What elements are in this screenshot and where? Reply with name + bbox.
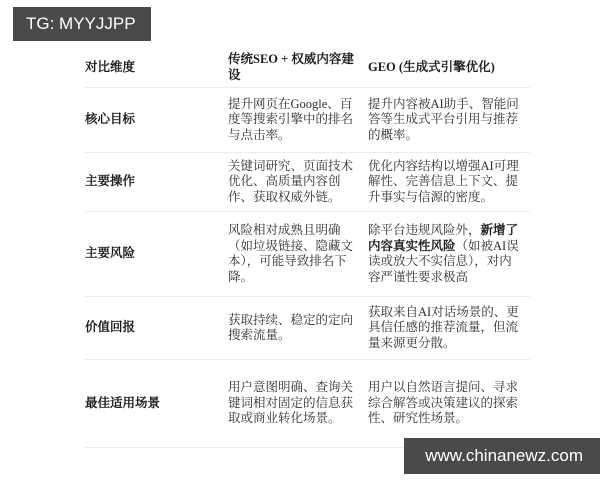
dimension-label: 主要操作: [85, 170, 228, 194]
table-row: 核心目标 提升网页在Google、百度等搜索引擎中的排名与点击率。 提升内容被A…: [85, 88, 530, 153]
table-row: 主要操作 关键词研究、页面技术优化、高质量内容创作、获取权威外链。 优化内容结构…: [85, 153, 530, 212]
seo-cell: 用户意图明确、查询关键词相对固定的信息获取或商业转化场景。: [228, 376, 368, 431]
seo-cell: 风险相对成熟且明确（如垃圾链接、隐藏文本），可能导致排名下降。: [228, 219, 368, 289]
website-watermark-badge: www.chinanewz.com: [404, 438, 600, 474]
table-row: 主要风险 风险相对成熟且明确（如垃圾链接、隐藏文本），可能导致排名下降。 除平台…: [85, 212, 530, 297]
geo-cell: 用户以自然语言提问、寻求综合解答或决策建议的探索性、研究性场景。: [368, 376, 530, 431]
dimension-label: 核心目标: [85, 108, 228, 132]
telegram-handle-text: TG: MYYJJPP: [26, 14, 136, 33]
header-traditional-seo: 传统SEO + 权威内容建设: [228, 48, 368, 87]
dimension-label: 主要风险: [85, 242, 228, 266]
table-header-row: 对比维度 传统SEO + 权威内容建设 GEO (生成式引擎优化): [85, 48, 530, 88]
seo-cell: 提升网页在Google、百度等搜索引擎中的排名与点击率。: [228, 93, 368, 148]
website-url-text: www.chinanewz.com: [425, 446, 583, 465]
seo-cell: 关键词研究、页面技术优化、高质量内容创作、获取权威外链。: [228, 155, 368, 210]
seo-geo-comparison-table: 对比维度 传统SEO + 权威内容建设 GEO (生成式引擎优化) 核心目标 提…: [85, 48, 530, 448]
header-geo: GEO (生成式引擎优化): [368, 56, 530, 80]
table-row: 价值回报 获取持续、稳定的定向搜索流量。 获取来自AI对话场景的、更具信任感的推…: [85, 297, 530, 360]
dimension-label: 价值回报: [85, 316, 228, 340]
table-row: 最佳适用场景 用户意图明确、查询关键词相对固定的信息获取或商业转化场景。 用户以…: [85, 360, 530, 448]
geo-cell: 获取来自AI对话场景的、更具信任感的推荐流量，但流量来源更分散。: [368, 301, 530, 356]
dimension-label: 最佳适用场景: [85, 392, 228, 416]
geo-cell: 除平台违规风险外，新增了内容真实性风险（如被AI误读或放大不实信息），对内容严谨…: [368, 219, 530, 289]
geo-risk-text-pre: 除平台违规风险外，: [368, 223, 481, 237]
seo-cell: 获取持续、稳定的定向搜索流量。: [228, 309, 368, 348]
geo-cell: 提升内容被AI助手、智能问答等生成式平台引用与推荐的概率。: [368, 93, 530, 148]
telegram-watermark-badge: TG: MYYJJPP: [13, 7, 151, 41]
header-dimension: 对比维度: [85, 56, 228, 80]
geo-cell: 优化内容结构以增强AI可理解性、完善信息上下文、提升事实与信源的密度。: [368, 155, 530, 210]
